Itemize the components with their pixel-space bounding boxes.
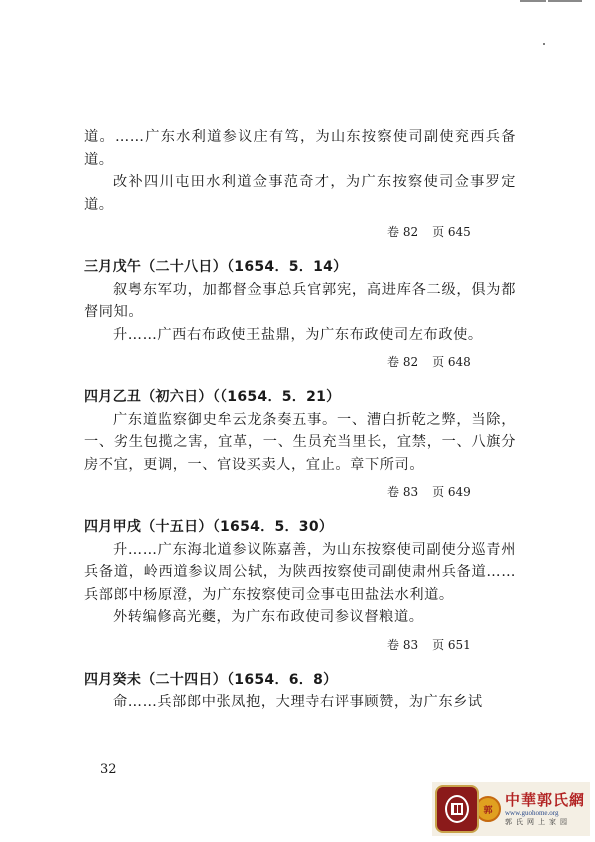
scan-speck xyxy=(543,43,545,45)
entry-continuation: 道。……广东水利道参议庄有笃，为山东按察使司副使兖西兵备道。 改补四川屯田水利道… xyxy=(84,126,516,240)
chinese-knot-icon xyxy=(435,785,479,833)
watermark-title: 中華郭氏網 xyxy=(505,793,585,808)
source-reference: 卷 83页 651 xyxy=(84,637,516,653)
paragraph: 升……广西右布政使王盐鼎，为广东布政使司左布政使。 xyxy=(84,324,516,347)
paragraph: 广东道监察御史牟云龙条奏五事。一、漕白折乾之弊，当除，一、劣生包揽之害，宜革，一… xyxy=(84,409,516,477)
entry-date-heading: 四月甲戌（十五日）（1654．5．30） xyxy=(84,516,516,539)
watermark-text: 中華郭氏網 www.guohome.org 郭氏网上家园 xyxy=(505,793,585,826)
paragraph: 升……广东海北道参议陈嘉善，为山东按察使司副使分巡青州兵备道，岭西道参议周公轼，… xyxy=(84,539,516,607)
entry: 三月戊午（二十八日）（1654．5．14） 叙粤东军功，加都督佥事总兵官郭宪，高… xyxy=(84,256,516,370)
paragraph: 外转编修高光夔，为广东布政使司参议督粮道。 xyxy=(84,606,516,629)
volume-label: 卷 82 xyxy=(387,354,418,370)
document-page: 道。……广东水利道参议庄有笃，为山东按察使司副使兖西兵备道。 改补四川屯田水利道… xyxy=(84,126,516,714)
page-label: 页 648 xyxy=(432,354,471,370)
entry-date-heading: 三月戊午（二十八日）（1654．5．14） xyxy=(84,256,516,279)
source-reference: 卷 83页 649 xyxy=(84,484,516,500)
page-label: 页 649 xyxy=(432,484,471,500)
volume-label: 卷 82 xyxy=(387,224,418,240)
page-number: 32 xyxy=(100,762,117,777)
paragraph: 改补四川屯田水利道佥事范奇才，为广东按察使司佥事罗定道。 xyxy=(84,171,516,216)
volume-label: 卷 83 xyxy=(387,484,418,500)
volume-label: 卷 83 xyxy=(387,637,418,653)
scan-edge-mark xyxy=(548,0,582,2)
scan-edge-mark xyxy=(520,0,546,2)
paragraph: 叙粤东军功，加都督佥事总兵官郭宪，高进库各二级，俱为都督同知。 xyxy=(84,279,516,324)
source-reference: 卷 82页 645 xyxy=(84,224,516,240)
entry: 四月癸未（二十四日）（1654．6．8） 命……兵部郎中张凤抱，大理寺右评事顾赞… xyxy=(84,669,516,714)
entry: 四月乙丑（初六日）（（1654．5．21） 广东道监察御史牟云龙条奏五事。一、漕… xyxy=(84,386,516,500)
entry-date-heading: 四月乙丑（初六日）（（1654．5．21） xyxy=(84,386,516,409)
source-reference: 卷 82页 648 xyxy=(84,354,516,370)
entry-date-heading: 四月癸未（二十四日）（1654．6．8） xyxy=(84,669,516,692)
page-label: 页 645 xyxy=(432,224,471,240)
paragraph: 命……兵部郎中张凤抱，大理寺右评事顾赞，为广东乡试 xyxy=(84,691,516,714)
watermark-logo: 郭 中華郭氏網 www.guohome.org 郭氏网上家园 xyxy=(432,782,590,836)
watermark-url: www.guohome.org xyxy=(505,810,585,817)
entry: 四月甲戌（十五日）（1654．5．30） 升……广东海北道参议陈嘉善，为山东按察… xyxy=(84,516,516,653)
watermark-subtitle: 郭氏网上家园 xyxy=(505,819,585,826)
page-label: 页 651 xyxy=(432,637,471,653)
paragraph: 道。……广东水利道参议庄有笃，为山东按察使司副使兖西兵备道。 xyxy=(84,126,516,171)
